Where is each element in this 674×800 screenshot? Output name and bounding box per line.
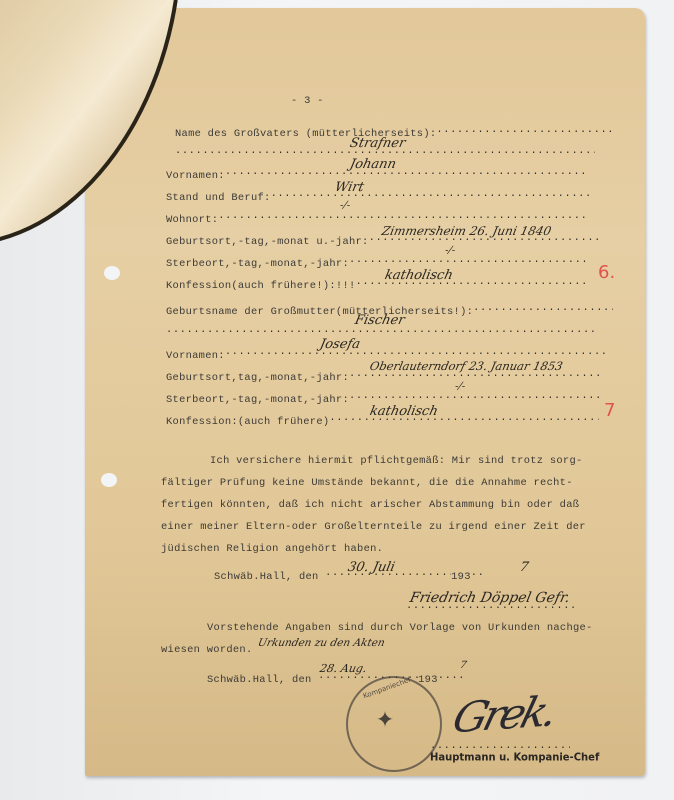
declaration-date-value: 30. Juli [346,560,396,575]
margin-number-7: 7 [604,400,615,421]
eagle-emblem-icon: ✦ [376,700,394,737]
officer-signature: Grek. [448,687,560,743]
page-number: - 3 - [291,95,324,107]
margin-number-6: 6. [598,262,615,283]
verification-date-value: 28. Aug. [319,662,368,675]
grandfather-surname-value: Strafner [348,136,406,151]
grandmother-religion-value: katholisch [368,404,439,419]
grandfather-religion-value: katholisch [383,268,454,283]
declaration-line-4: einer meiner Eltern-oder Großelternteile… [161,521,586,533]
punch-hole-bottom [101,473,117,487]
grandfather-occupation-row: Stand und Beruf: .......................… [166,188,591,204]
grandfather-religion-row: Konfession(auch frühere!):!!!...........… [166,276,586,292]
declaration-line-1: Ich versichere hiermit pflichtgemäß: Mir… [210,455,583,467]
verification-line-2: wiesen worden. [161,644,253,656]
grandfather-occupation-value: Wirt [333,180,365,195]
official-stamp: Kompaniechef ✦ [346,676,442,772]
grandfather-firstname-value: Johann [348,157,397,172]
grandfather-death-row: Sterbeort,-tag,-monat,-jahr: ...........… [166,254,589,270]
grandmother-birth-value: Oberlauterndorf 23. Januar 1853 [369,359,565,373]
signatory-title: Hauptmann u. Kompanie-Chef [430,751,599,763]
declaration-line-5: jüdischen Religion angehört haben. [161,543,383,555]
grandmother-surname-value: Fischer [353,313,406,328]
punch-hole-top [104,266,120,280]
verification-line-1: Vorstehende Angaben sind durch Vorlage v… [207,622,593,634]
verification-note: Urkunden zu den Akten [257,637,386,649]
declaration-signature: Friedrich Döppel Gefr. [408,590,571,606]
declaration-line-3: fertigen könnten, daß ich nicht arischer… [161,499,579,511]
grandmother-firstname-value: Josefa [318,337,361,352]
grandfather-birth-value: Zimmersheim 26. Juni 1840 [381,224,553,238]
declaration-line-2: fältiger Prüfung keine Umstände bekannt,… [161,477,573,489]
